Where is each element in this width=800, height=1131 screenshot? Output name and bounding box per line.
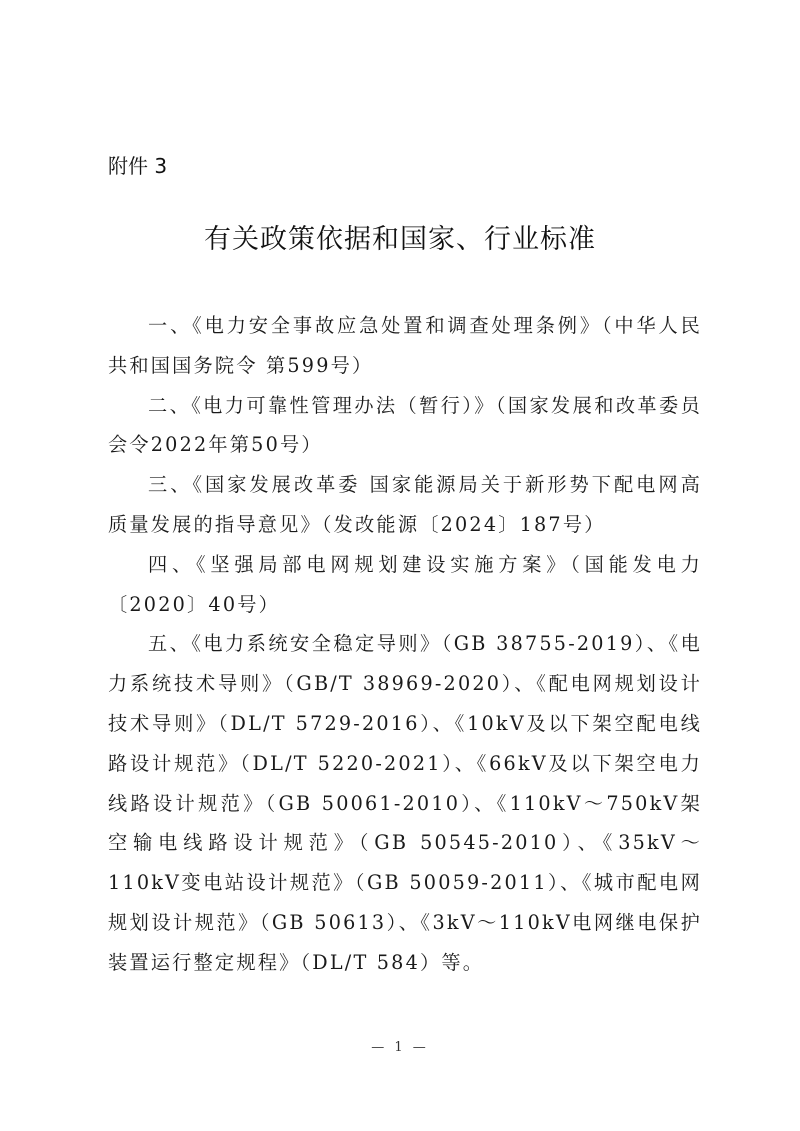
paragraph-policy-4: 四、《坚强局部电网规划建设实施方案》（国能发电力〔2020〕40号） bbox=[108, 545, 702, 625]
paragraph-policy-2: 二、《电力可靠性管理办法（暂行）》（国家发展和改革委员会令2022年第50号） bbox=[108, 386, 702, 466]
document-title: 有关政策依据和国家、行业标准 bbox=[0, 222, 800, 258]
page-number: — 1 — bbox=[0, 1040, 800, 1055]
paragraph-standards-5: 五、《电力系统安全稳定导则》（GB 38755-2019）、《电力系统技术导则》… bbox=[108, 624, 702, 982]
attachment-label: 附件 3 bbox=[108, 152, 167, 180]
paragraph-policy-1: 一、《电力安全事故应急处置和调查处理条例》（中华人民共和国国务院令 第599号） bbox=[108, 306, 702, 386]
document-page: 附件 3 有关政策依据和国家、行业标准 一、《电力安全事故应急处置和调查处理条例… bbox=[0, 0, 800, 1131]
paragraph-policy-3: 三、《国家发展改革委 国家能源局关于新形势下配电网高质量发展的指导意见》（发改能… bbox=[108, 465, 702, 545]
document-body: 一、《电力安全事故应急处置和调查处理条例》（中华人民共和国国务院令 第599号）… bbox=[108, 306, 702, 983]
